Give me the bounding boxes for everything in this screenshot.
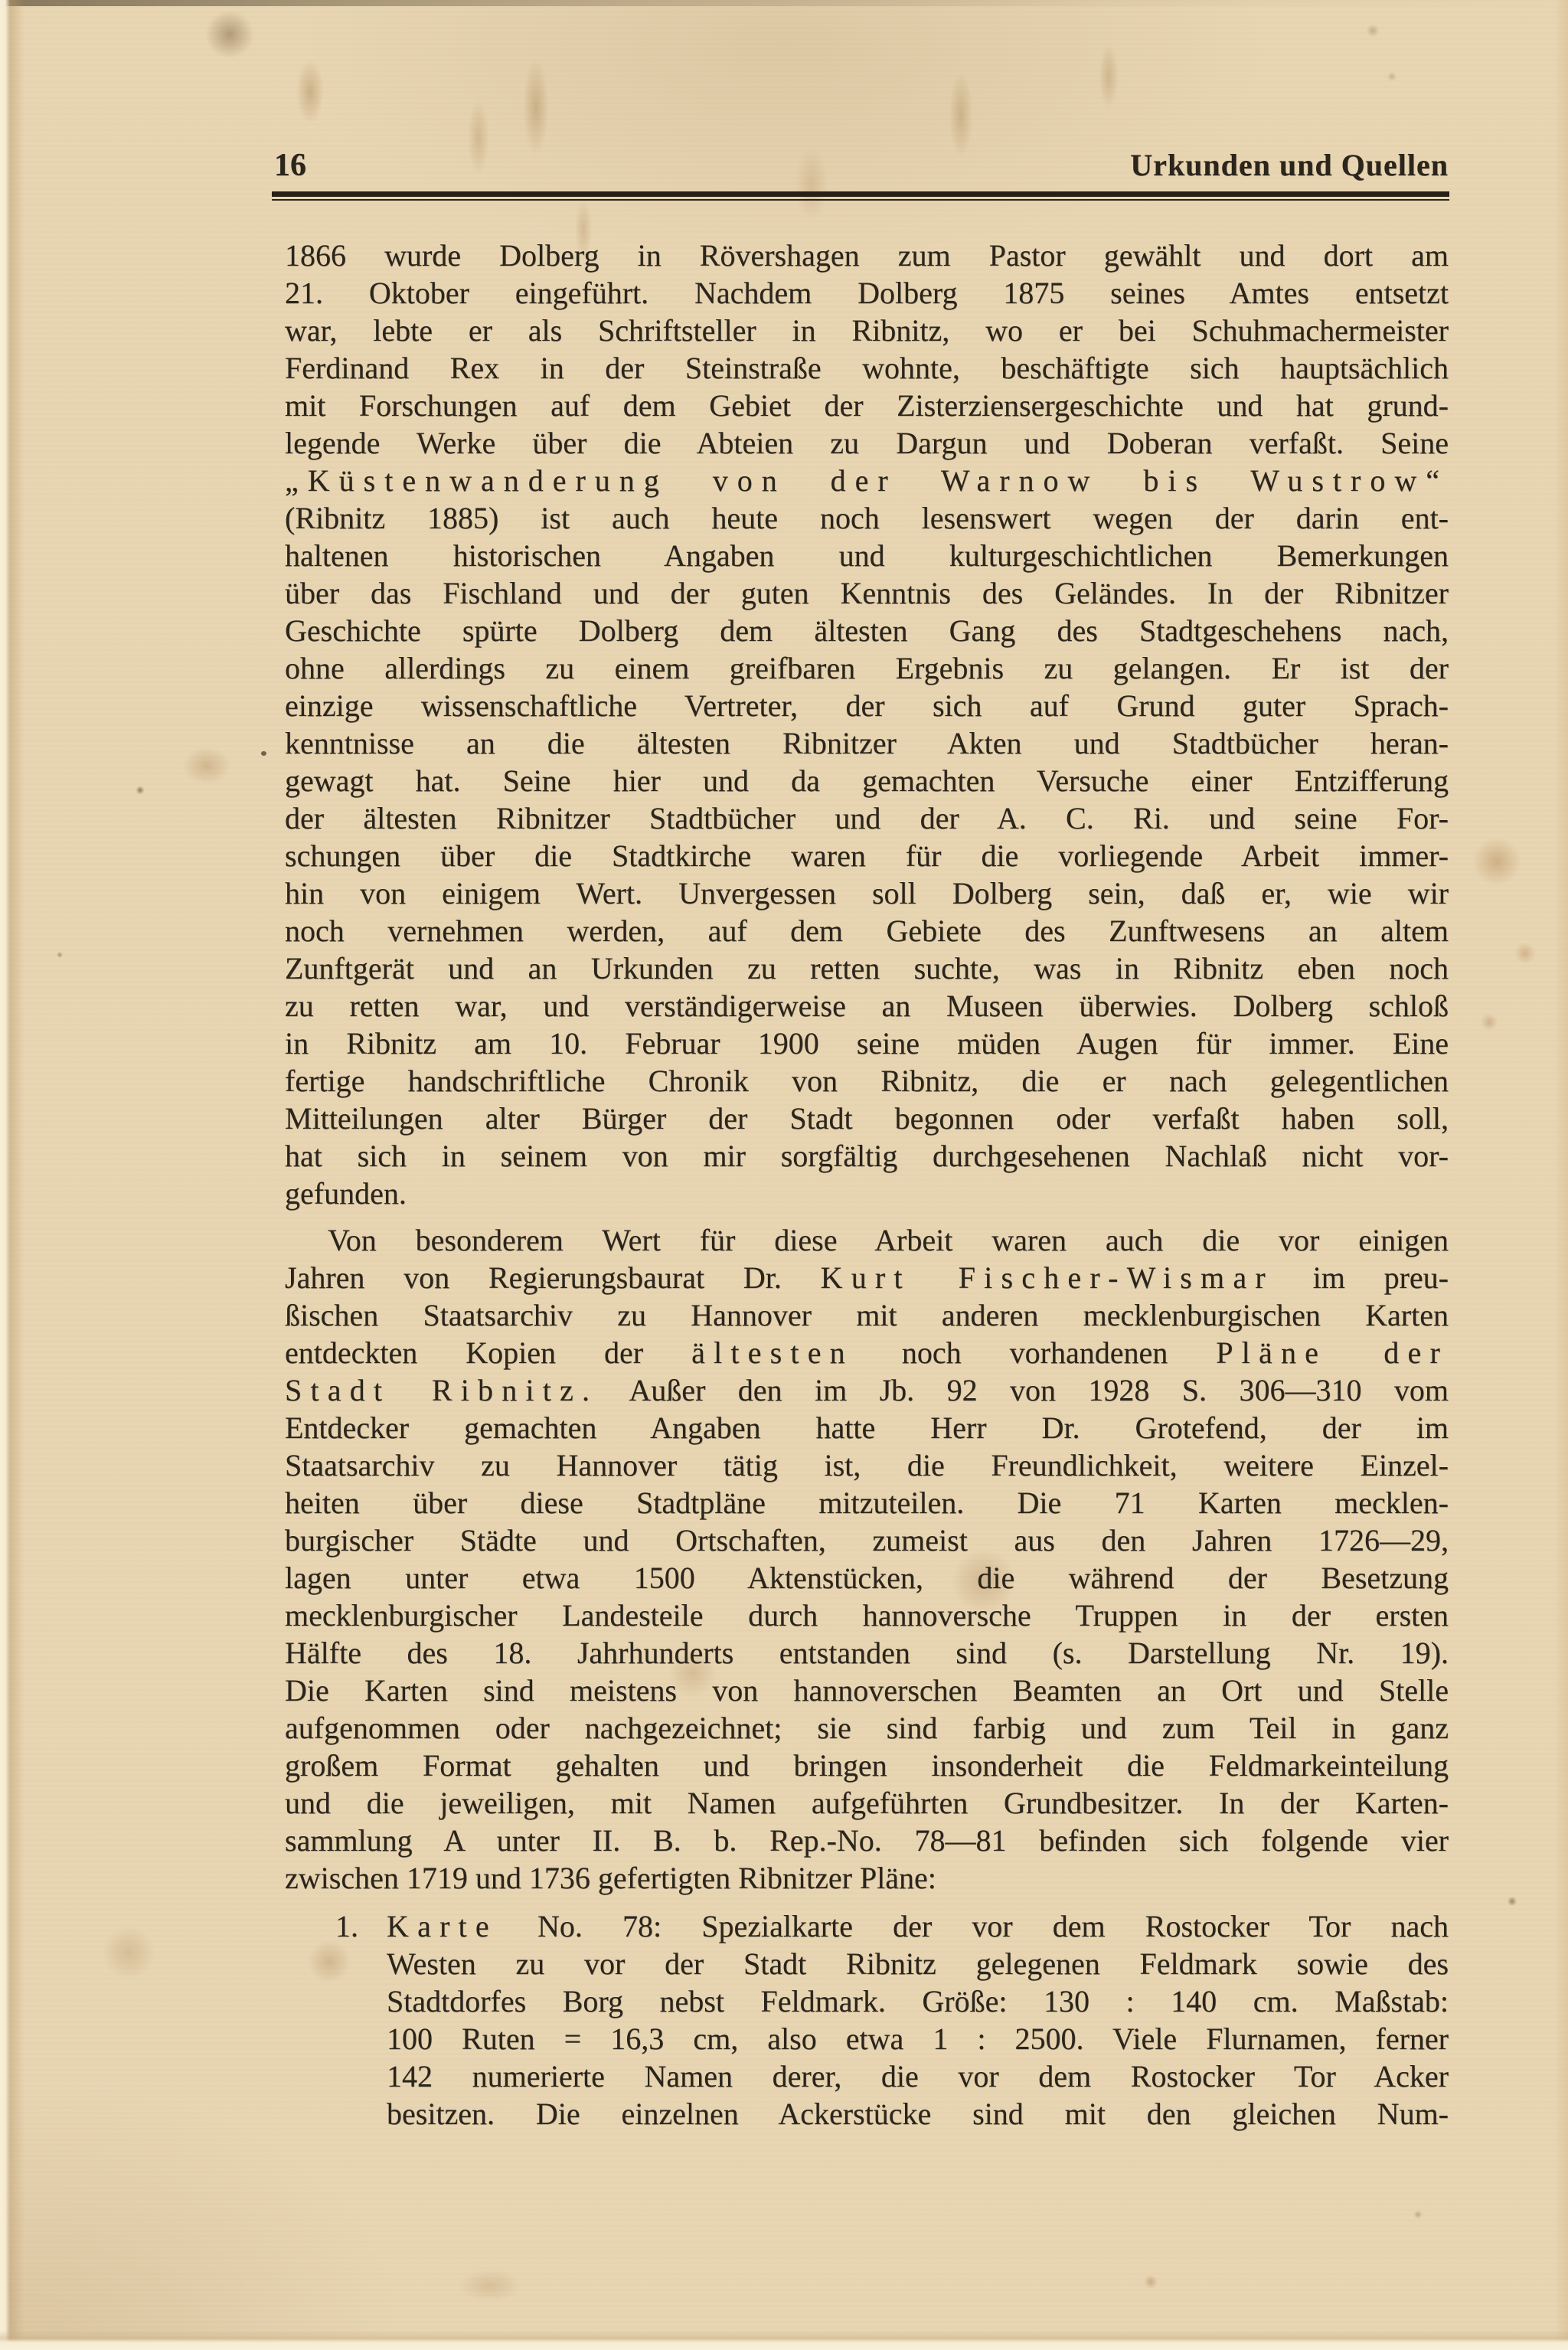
text-line: hat sich in seinem von mir sorgfältig du… bbox=[285, 1137, 1449, 1175]
text-line: mecklenburgischer Landesteile durch hann… bbox=[285, 1597, 1449, 1634]
text-line: über das Fischland und der guten Kenntni… bbox=[285, 574, 1449, 612]
text-line: burgischer Städte und Ortschaften, zumei… bbox=[285, 1521, 1449, 1559]
text-line: der ältesten Ribnitzer Stadtbücher und d… bbox=[285, 799, 1449, 837]
text-line: Staatsarchiv zu Hannover tätig ist, die … bbox=[285, 1446, 1449, 1484]
text-segment: im preu- bbox=[1274, 1260, 1449, 1295]
ink-speck bbox=[261, 751, 266, 756]
text-line: und die jeweiligen, mit Namen aufgeführt… bbox=[285, 1784, 1449, 1822]
page-edge-top bbox=[0, 0, 1568, 6]
page-number: 16 bbox=[274, 147, 306, 184]
text-line: besitzen. Die einzelnen Ackerstücke sind… bbox=[387, 2095, 1449, 2133]
text-line: in Ribnitz am 10. Februar 1900 seine müd… bbox=[285, 1025, 1449, 1062]
text-line: 142 numerierte Namen derer, die vor dem … bbox=[387, 2057, 1449, 2095]
text-segment: Außer den im Jb. 92 von 1928 S. 306—310 … bbox=[598, 1373, 1449, 1407]
text-line: heiten über diese Stadtpläne mitzuteilen… bbox=[285, 1484, 1449, 1521]
running-title: Urkunden und Quellen bbox=[1130, 147, 1449, 183]
book-title-spaced-line: „Küstenwanderung von der Warnow bis Wust… bbox=[285, 462, 1449, 499]
text-line: noch vernehmen werden, auf dem Gebiete d… bbox=[285, 912, 1449, 949]
spaced-word-segment: Pläne der bbox=[1216, 1335, 1449, 1370]
text-line: 1866 wurde Dolberg in Rövershagen zum Pa… bbox=[285, 237, 1449, 274]
numbered-list-item-1: 1. Karte No. 78: Spezialkarte der vor de… bbox=[285, 1907, 1449, 2133]
header-rule-thin bbox=[272, 199, 1449, 201]
paragraph-end-line: zwischen 1719 und 1736 gefertigten Ribni… bbox=[285, 1859, 1449, 1897]
text-line: hin von einigem Wert. Unvergessen soll D… bbox=[285, 874, 1449, 912]
text-line: 21. Oktober eingeführt. Nachdem Dolberg … bbox=[285, 274, 1449, 312]
list-marker: 1. bbox=[335, 1907, 358, 1945]
text-segment: entdeckten Kopien der bbox=[285, 1335, 691, 1370]
text-line: zu retten war, und verständigerweise an … bbox=[285, 987, 1449, 1025]
text-line: Ferdinand Rex in der Steinstraße wohnte,… bbox=[285, 349, 1449, 387]
text-line: großem Format gehalten und bringen inson… bbox=[285, 1747, 1449, 1784]
text-line: lagen unter etwa 1500 Aktenstücken, die … bbox=[285, 1559, 1449, 1597]
paragraph-1: 1866 wurde Dolberg in Rövershagen zum Pa… bbox=[285, 237, 1449, 1212]
spaced-word-segment: Karte bbox=[387, 1909, 498, 1943]
text-line: Hälfte des 18. Jahrhunderts entstanden s… bbox=[285, 1634, 1449, 1672]
text-line: legende Werke über die Abteien zu Dargun… bbox=[285, 424, 1449, 462]
text-segment: Jahren von Regierungsbaurat Dr. bbox=[285, 1260, 821, 1295]
paragraph-2: Von besonderem Wert für diese Arbeit war… bbox=[285, 1221, 1449, 1897]
text-line: einzige wissenschaftliche Vertreter, der… bbox=[285, 687, 1449, 724]
spaced-word-segment: Stadt Ribnitz. bbox=[285, 1373, 598, 1407]
text-line: Mitteilungen alter Bürger der Stadt bego… bbox=[285, 1100, 1449, 1137]
text-line: Entdecker gemachten Angaben hatte Herr D… bbox=[285, 1409, 1449, 1446]
spaced-word-segment: ältesten bbox=[691, 1335, 854, 1370]
page-body-text: 1866 wurde Dolberg in Rövershagen zum Pa… bbox=[285, 237, 1449, 2133]
text-line: Jahren von Regierungsbaurat Dr. Kurt Fis… bbox=[285, 1259, 1449, 1296]
text-line: schungen über die Stadtkirche waren für … bbox=[285, 837, 1449, 874]
text-line: Stadtdorfes Borg nebst Feldmark. Größe: … bbox=[387, 1982, 1449, 2020]
text-line: ohne allerdings zu einem greifbaren Erge… bbox=[285, 649, 1449, 687]
text-line: entdeckten Kopien der ältesten noch vorh… bbox=[285, 1334, 1449, 1371]
running-head: 16 Urkunden und Quellen bbox=[274, 147, 1449, 184]
text-line: Westen zu vor der Stadt Ribnitz gelegene… bbox=[387, 1945, 1449, 1982]
text-line: war, lebte er als Schriftsteller in Ribn… bbox=[285, 312, 1449, 349]
paragraph-end-line: gefunden. bbox=[285, 1175, 1449, 1212]
text-line: mit Forschungen auf dem Gebiet der Ziste… bbox=[285, 387, 1449, 424]
text-line: ßischen Staatsarchiv zu Hannover mit and… bbox=[285, 1296, 1449, 1334]
text-line: gewagt hat. Seine hier und da gemachten … bbox=[285, 762, 1449, 799]
page-edge-left bbox=[0, 0, 26, 2350]
text-line: Die Karten sind meistens von hannoversch… bbox=[285, 1672, 1449, 1709]
text-line: haltenen historischen Angaben und kultur… bbox=[285, 537, 1449, 574]
header-rule bbox=[272, 191, 1449, 201]
page-edge-bottom bbox=[0, 2330, 1568, 2350]
page-edge-right bbox=[1554, 0, 1568, 2350]
text-line: Zunftgerät und an Urkunden zu retten suc… bbox=[285, 949, 1449, 987]
text-line: (Ribnitz 1885) ist auch heute noch lesen… bbox=[285, 499, 1449, 537]
spaced-name-segment: Kurt Fischer-Wismar bbox=[821, 1260, 1274, 1295]
text-line: Karte No. 78: Spezialkarte der vor dem R… bbox=[387, 1907, 1449, 1945]
indented-first-line: Von besonderem Wert für diese Arbeit war… bbox=[285, 1221, 1449, 1259]
book-page-scan: 16 Urkunden und Quellen 1866 wurde Dolbe… bbox=[0, 0, 1568, 2350]
text-line: kenntnisse an die ältesten Ribnitzer Akt… bbox=[285, 724, 1449, 762]
header-rule-thick bbox=[272, 191, 1449, 197]
text-segment: No. 78: Spezialkarte der vor dem Rostock… bbox=[498, 1909, 1449, 1943]
text-line: sammlung A unter II. B. b. Rep.-No. 78—8… bbox=[285, 1822, 1449, 1859]
text-line: fertige handschriftliche Chronik von Rib… bbox=[285, 1062, 1449, 1100]
text-segment: noch vorhandenen bbox=[854, 1335, 1216, 1370]
text-line: 100 Ruten = 16,3 cm, also etwa 1 : 2500.… bbox=[387, 2020, 1449, 2057]
text-line: Geschichte spürte Dolberg dem ältesten G… bbox=[285, 612, 1449, 649]
text-line: Stadt Ribnitz. Außer den im Jb. 92 von 1… bbox=[285, 1371, 1449, 1409]
text-line: aufgenommen oder nachgezeichnet; sie sin… bbox=[285, 1709, 1449, 1747]
